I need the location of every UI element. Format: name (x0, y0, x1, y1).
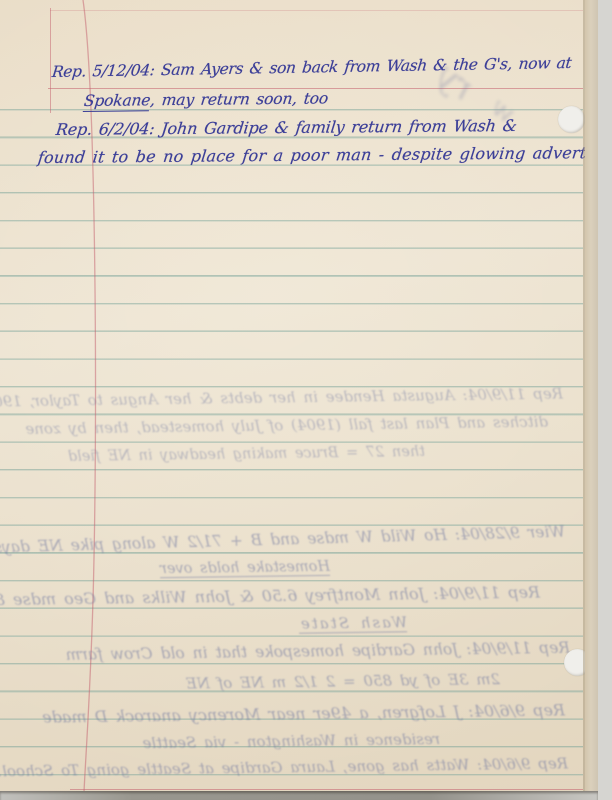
notebook-page: Rep 11/9/04: Augusta Hendee in her debts… (0, 0, 598, 792)
note-entry1-line2: Spokane, may return soon, too (83, 89, 329, 110)
bleedthrough-text: Wash State (299, 613, 408, 634)
scanned-document-canvas: { "notes": { "entry1_line1": "Rep. 5/12/… (0, 0, 612, 800)
scanner-background-right (598, 0, 612, 800)
underlined-word: Spokane (83, 91, 152, 112)
punch-hole-top (558, 106, 585, 133)
scanner-background-bottom (0, 791, 598, 800)
bleedthrough-line-underlined: Homestake holds over (165, 559, 330, 577)
bleedthrough-line: 2m 3E of yd 850 = 2 1/2 m NE of NE (235, 670, 500, 692)
underlying-page-edge (585, 0, 599, 791)
note-text: , may return soon, too (149, 89, 329, 109)
bleedthrough-text: Homestake holds over (160, 559, 330, 578)
bleedthrough-line-underlined: Wash State (278, 613, 428, 633)
note-entry2-line1: Rep. 6/2/04: John Gardipe & family retur… (55, 116, 518, 139)
